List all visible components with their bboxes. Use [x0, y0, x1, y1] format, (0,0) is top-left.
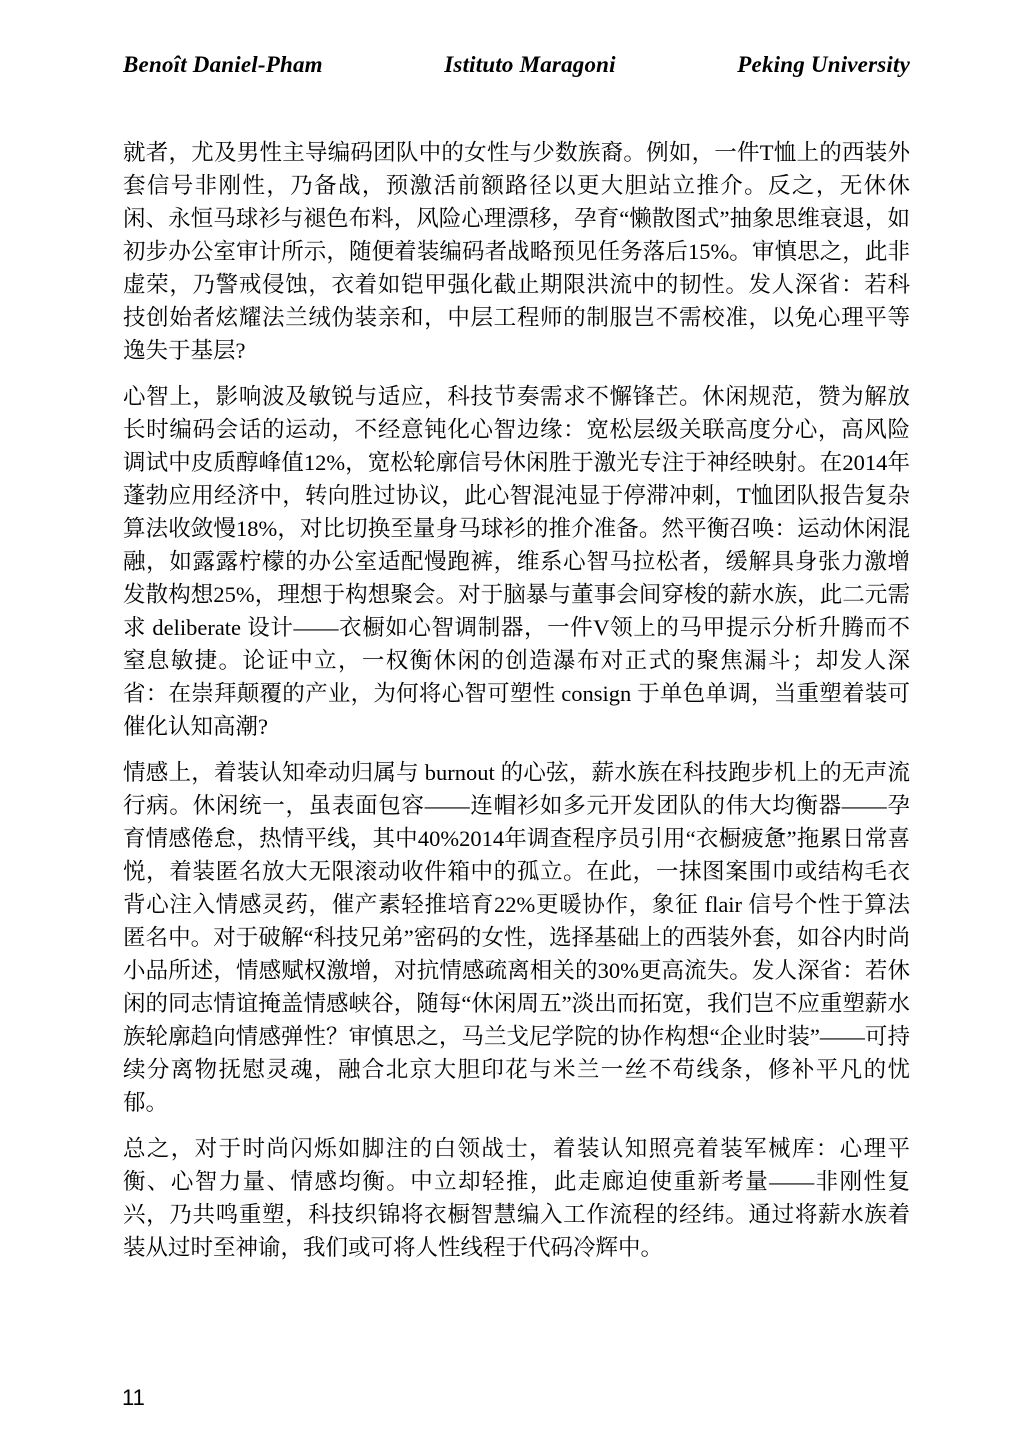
paragraph-3: 情感上，着装认知牵动归属与 burnout 的心弦，薪水族在科技跑步机上的无声流…: [123, 756, 910, 1119]
header-author-name: Benoît Daniel-Pham: [123, 52, 323, 78]
document-page: Benoît Daniel-Pham Istituto Maragoni Pek…: [0, 0, 1024, 1451]
running-header: Benoît Daniel-Pham Istituto Maragoni Pek…: [123, 52, 910, 78]
page-number: 11: [122, 1385, 145, 1411]
header-university: Peking University: [737, 52, 910, 78]
header-affiliation: Istituto Maragoni: [444, 52, 616, 78]
document-body: 就者，尤及男性主导编码团队中的女性与少数族裔。例如，一件T恤上的西装外套信号非刚…: [123, 136, 910, 1264]
paragraph-1: 就者，尤及男性主导编码团队中的女性与少数族裔。例如，一件T恤上的西装外套信号非刚…: [123, 136, 910, 367]
paragraph-4: 总之，对于时尚闪烁如脚注的白领战士，着装认知照亮着装军械库：心理平衡、心智力量、…: [123, 1132, 910, 1264]
paragraph-2: 心智上，影响波及敏锐与适应，科技节奏需求不懈锋芒。休闲规范，赞为解放长时编码会话…: [123, 380, 910, 743]
